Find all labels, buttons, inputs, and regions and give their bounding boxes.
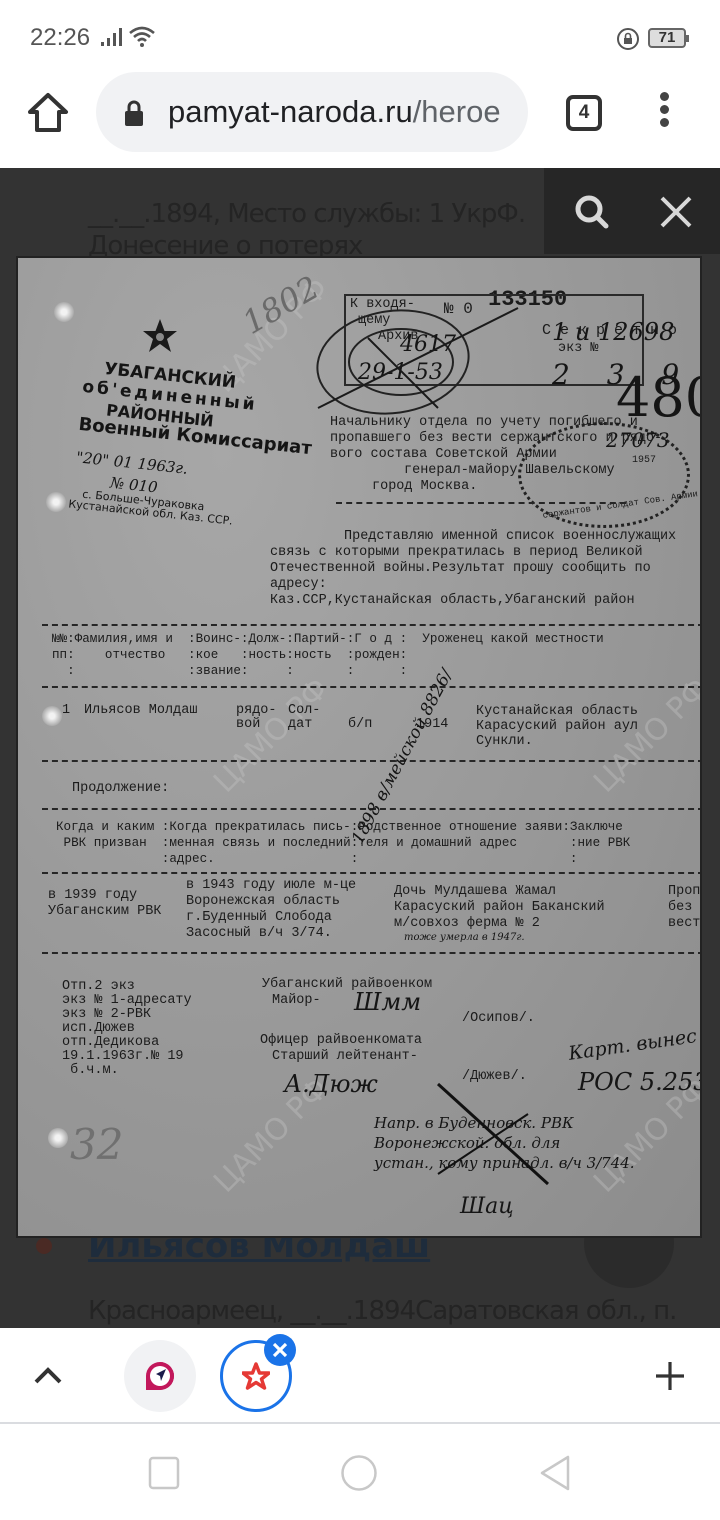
close-icon[interactable] (656, 192, 696, 232)
intro-line2: связь с которыми прекратилась в период В… (270, 546, 643, 560)
close-tab-button[interactable] (264, 1334, 296, 1366)
red-star-favicon (242, 1362, 270, 1390)
row-relative-note: тоже умерла в 1947г. (404, 932, 525, 943)
footer-line4: исп.Дюжев (62, 1022, 135, 1036)
row-conclusion: Пропал без вести (668, 884, 702, 932)
url-text[interactable]: pamyat-naroda.ru/heroe (168, 94, 520, 130)
viewer-controls (544, 168, 720, 254)
page-content-overlay: __.__.1894, Место службы: 1 УкрФ. Донесе… (0, 168, 720, 1328)
table1-header-row2: пп: отчество :кое :ность:ность :рожден: (52, 648, 407, 662)
status-time: 22:26 (30, 24, 90, 52)
close-tab-icon (272, 1342, 288, 1358)
lock-icon (124, 100, 144, 126)
table1-header-row1: №№:Фамилия,имя и :Воинс-:Долж-:Партий-:Г… (52, 632, 604, 646)
result-bullet (36, 1238, 52, 1254)
punch-hole (48, 1128, 68, 1148)
punch-hole (54, 302, 74, 322)
navigator-app-icon (144, 1360, 176, 1392)
continuation-label: Продолжение: (72, 782, 169, 796)
footer-line6: 19.1.1963г.№ 19 (62, 1050, 184, 1064)
row-called: в 1939 году Убаганским РВК (48, 888, 161, 920)
plus-icon[interactable] (654, 1360, 686, 1392)
wifi-icon (128, 26, 156, 48)
footer-line5: отп.Дедикова (62, 1036, 159, 1050)
tab-switcher-button[interactable]: 4 (566, 95, 602, 131)
addressee-line2: пропавшего без вести сержантского и рядо… (330, 432, 662, 446)
corner-pencil-number: 32 (70, 1120, 123, 1169)
red-star-emblem-icon (142, 318, 178, 354)
battery-icon: 71 (648, 28, 686, 48)
strike-line (308, 298, 528, 418)
addressee-line3: вого состава Советской Армии (330, 448, 557, 462)
commissar-title2: Майор- (272, 994, 321, 1008)
table1-header-rule (42, 686, 702, 688)
table1-bottom-rule (42, 760, 702, 762)
rotation-lock-icon (616, 27, 640, 51)
tab-navigator[interactable] (124, 1340, 196, 1412)
punch-hole (46, 492, 66, 512)
footer-line2: экз № 1-адресату (62, 994, 192, 1008)
tab-strip (0, 1328, 720, 1424)
result-snippet-bottom: Красноармеец, __.__.1894Саратовская обл.… (88, 1296, 676, 1326)
watermark: ЦАМО РФ (207, 671, 336, 800)
row-relative: Дочь Мулдашева Жамал Карасуский район Ба… (394, 884, 605, 932)
bottom-signature: Шац (460, 1194, 514, 1219)
footer-line3: экз № 2-РВК (62, 1008, 151, 1022)
row-position: Сол- дат (288, 704, 320, 732)
status-bar: 22:26 71 (0, 0, 720, 72)
signal-icon (100, 28, 124, 46)
punch-hole (42, 706, 62, 726)
row-number: 1 (62, 704, 70, 718)
intro-line5: Каз.ССР,Кустанайская область,Убаганский … (270, 594, 635, 608)
row-name: Ильясов Молдаш (84, 704, 197, 718)
officer-title1: Офицер райвоенкомата (260, 1034, 422, 1048)
commissar-name: /Осипов/. (462, 1012, 535, 1026)
archive-document-image[interactable]: ЦАМО РФ ЦАМО РФ ЦАМО РФ ЦАМО РФ ЦАМО РФ … (16, 256, 702, 1238)
back-triangle-icon[interactable] (538, 1454, 572, 1492)
row-party: б/п (348, 718, 372, 732)
row-rank: рядо- вой (236, 704, 277, 732)
right-handwritten-note1: Карт. вынес (567, 1025, 698, 1065)
addressee-line1: Начальнику отдела по учету погибшего и (330, 416, 638, 430)
url-bar[interactable]: pamyat-naroda.ru/heroe (96, 72, 528, 152)
stamp-date: "20" 01 1963г. (75, 448, 188, 478)
footer-line7: б.ч.м. (62, 1064, 119, 1078)
intro-line1: Представляю именной список военнослужащи… (344, 530, 676, 544)
divider (336, 502, 626, 504)
chevron-up-icon[interactable] (32, 1360, 64, 1388)
table1-top-rule (42, 624, 702, 626)
copy-ekz-label: экз № (558, 342, 599, 356)
table2-header-rule (42, 872, 702, 874)
recents-square-icon[interactable] (148, 1456, 180, 1490)
commissar-signature: Шмм (354, 988, 421, 1016)
officer-signature: А.Дюж (284, 1070, 378, 1098)
url-path: /heroe (413, 94, 501, 129)
stamp2-year: 1957 (632, 454, 656, 468)
home-circle-icon[interactable] (340, 1454, 378, 1492)
right-handwritten-note2: РОС 5.253 (578, 1068, 702, 1096)
table2-header-row2: РВК призван :менная связь и последний:те… (56, 836, 630, 850)
intro-line4: адресу: (270, 578, 327, 592)
result-snippet-top: __.__.1894, Место службы: 1 УкрФ. Донесе… (88, 198, 608, 262)
browser-toolbar: pamyat-naroda.ru/heroe 4 (0, 72, 720, 168)
row-birthplace: Кустанайская область Карасуский район ау… (476, 704, 638, 749)
table1-header-row3: : :звание: : : : (52, 664, 407, 678)
system-nav-bar (0, 1426, 720, 1520)
officer-title2: Старший лейтенант- (272, 1050, 418, 1064)
addressee-line4: генерал-майору Шавельскому (404, 464, 615, 478)
more-vert-icon[interactable] (652, 92, 676, 132)
table2-bottom-rule (42, 952, 702, 954)
table2-header-row3: :адрес. : : (56, 852, 577, 866)
intro-line3: Отечественной войны.Результат прошу сооб… (270, 562, 651, 576)
strike-cross (418, 1074, 568, 1194)
home-icon[interactable] (26, 90, 70, 134)
search-icon[interactable] (572, 192, 612, 232)
url-domain: pamyat-naroda.ru (168, 94, 413, 129)
table2-header-row1: Когда и каким :Когда прекратилась пись-:… (56, 820, 623, 834)
addressee-line5: город Москва. (372, 480, 477, 494)
row-last-contact: в 1943 году июле м-це Воронежская област… (186, 878, 356, 942)
footer-line1: Отп.2 экз (62, 980, 135, 994)
